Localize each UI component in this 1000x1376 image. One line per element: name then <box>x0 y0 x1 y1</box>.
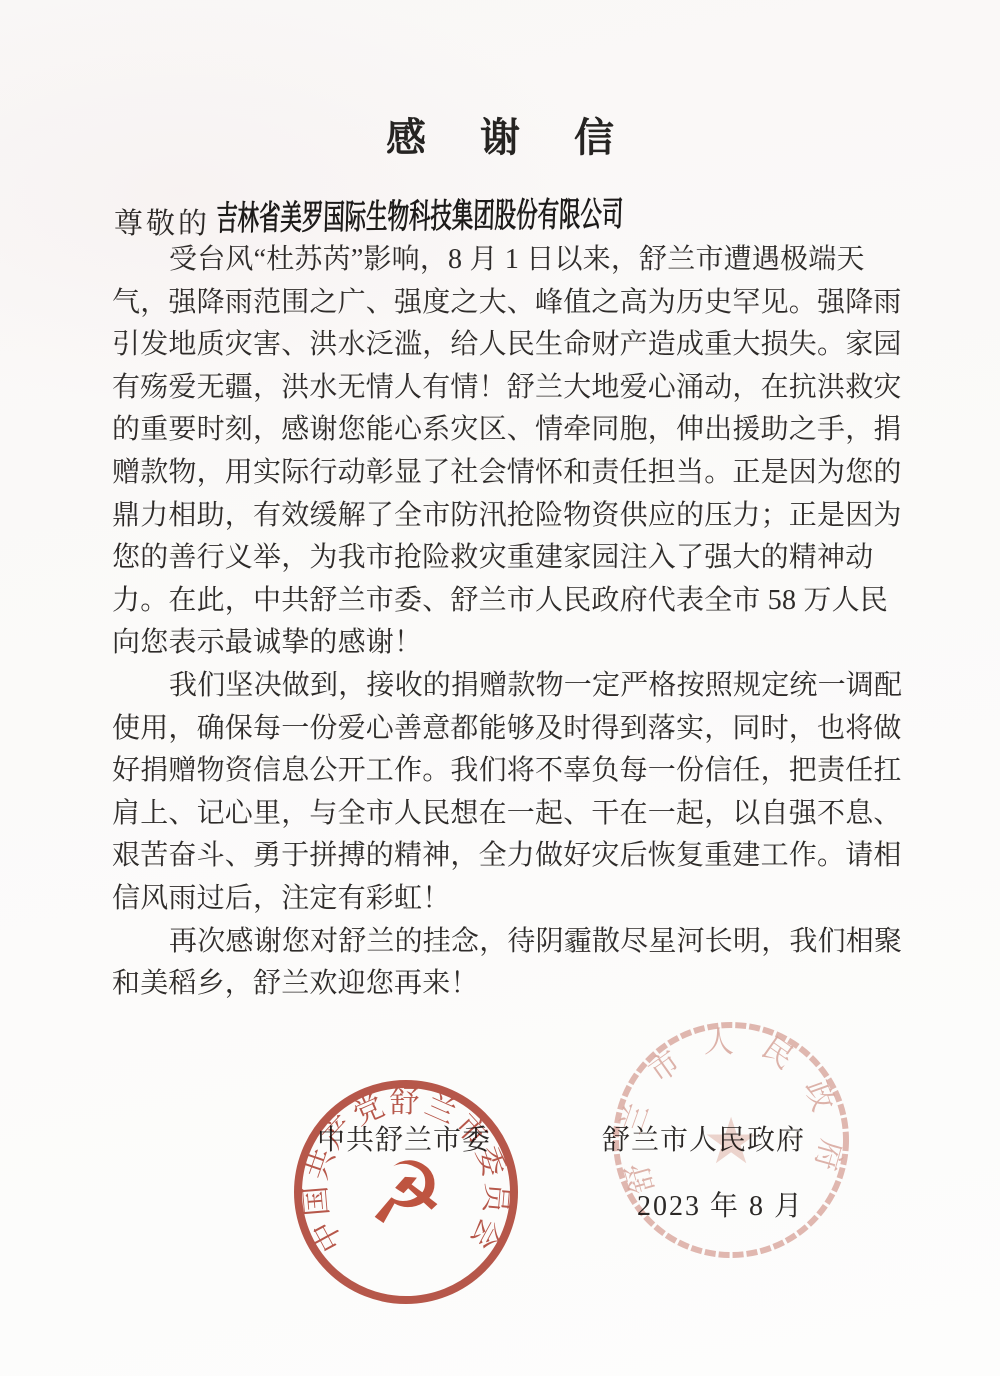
letter-body: 受台风“杜苏芮”影响，8 月 1 日以来，舒兰市遭遇极端天 气，强降雨范围之广、… <box>112 239 894 1006</box>
body-line: 您的善行义举，为我市抢险救灾重建家园注入了强大的精神动 <box>112 537 894 580</box>
salutation-line: 尊敬的吉林省美罗国际生物科技集团股份有限公司 <box>114 194 914 243</box>
body-line: 信风雨过后，注定有彩虹！ <box>112 878 894 921</box>
body-line: 力。在此，中共舒兰市委、舒兰市人民政府代表全市 58 万人民 <box>112 580 894 623</box>
body-line: 的重要时刻，感谢您能心系灾区、情牵同胞，伸出援助之手，捐 <box>112 409 894 452</box>
body-line: 再次感谢您对舒兰的挂念，待阴霾散尽星河长明，我们相聚 <box>112 921 894 964</box>
recipient-handwritten-name: 吉林省美罗国际生物科技集团股份有限公司 <box>216 186 625 240</box>
body-line: 艰苦奋斗、勇于拼搏的精神，全力做好灾后恢复重建工作。请相 <box>112 835 894 878</box>
body-line: 我们坚决做到，接收的捐赠款物一定严格按照规定统一调配 <box>112 665 894 708</box>
letter-title: 感 谢 信 <box>0 106 1000 163</box>
body-line: 和美稻乡，舒兰欢迎您再来！ <box>112 963 894 1006</box>
body-line: 肩上、记心里，与全市人民想在一起、干在一起，以自强不息、 <box>112 793 894 836</box>
body-line: 有殇爱无疆，洪水无情人有情！舒兰大地爱心涌动，在抗洪救灾 <box>112 367 894 410</box>
body-line: 鼎力相助，有效缓解了全市防汛抢险物资供应的压力；正是因为 <box>112 495 894 538</box>
salutation-prefix: 尊敬的 <box>114 208 210 240</box>
star-icon: ★ <box>702 1105 759 1179</box>
party-committee-seal: 中国共产党舒兰市委员会 ☭ <box>286 1072 526 1312</box>
government-seal: 舒兰市人民政府 ★ <box>606 1015 856 1265</box>
body-line: 好捐赠物资信息公开工作。我们将不辜负每一份信任，把责任扛 <box>112 750 894 793</box>
letter-page: 感 谢 信 尊敬的吉林省美罗国际生物科技集团股份有限公司 受台风“杜苏芮”影响，… <box>0 0 1000 1376</box>
body-line: 引发地质灾害、洪水泛滥，给人民生命财产造成重大损失。家园 <box>112 324 894 367</box>
body-line: 赠款物，用实际行动彰显了社会情怀和责任担当。正是因为您的 <box>112 452 894 495</box>
body-line: 使用，确保每一份爱心善意都能够及时得到落实，同时，也将做 <box>112 708 894 751</box>
body-line: 向您表示最诚挚的感谢！ <box>112 622 894 665</box>
body-line: 气，强降雨范围之广、强度之大、峰值之高为历史罕见。强降雨 <box>112 282 894 325</box>
hammer-sickle-icon: ☭ <box>367 1144 444 1244</box>
body-line: 受台风“杜苏芮”影响，8 月 1 日以来，舒兰市遭遇极端天 <box>112 239 894 282</box>
